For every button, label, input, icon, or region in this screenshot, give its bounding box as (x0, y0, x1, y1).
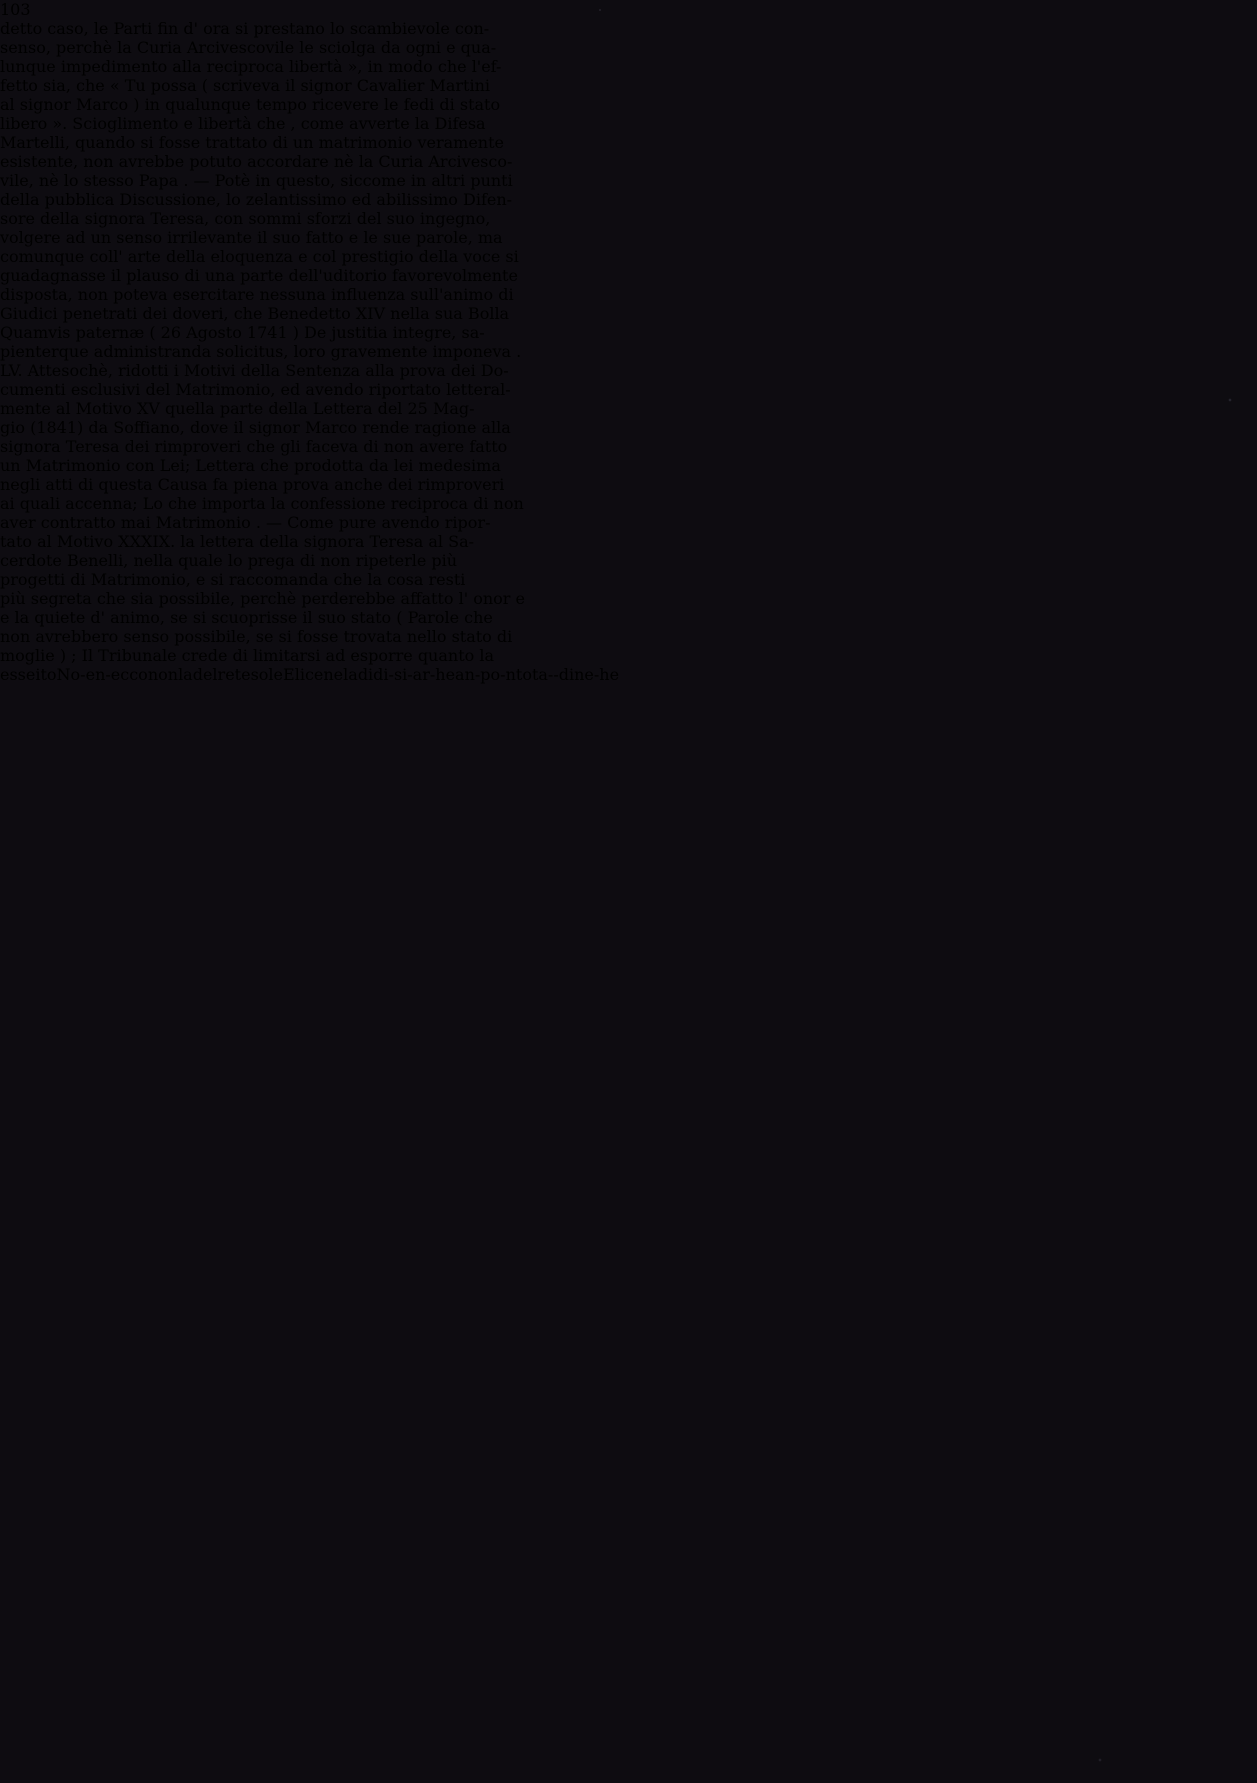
ghost-text-fragment: ne (323, 665, 343, 684)
text-segment: esistente, non avrebbe potuto accordare … (0, 152, 512, 171)
text-segment: al signor Marco ) in qualunque tempo ric… (0, 95, 500, 114)
ghost-text-fragment: ne (574, 665, 594, 684)
ghost-text-fragment: No- (57, 665, 86, 684)
text-segment: più segreta che sia possibile, perchè pe… (0, 589, 473, 608)
ghost-text-fragment: E (283, 665, 295, 684)
ghost-text-fragment: si- (394, 665, 413, 684)
ghost-text-fragment: le (268, 665, 283, 684)
text-segment: gio (1841) da Soffiano, dove il signor M… (0, 418, 511, 437)
ghost-text-fragment: di (559, 665, 574, 684)
text-segment: signora Teresa dei rimproveri che gli fa… (0, 437, 507, 456)
text-segment: aver contratto mai Matrimonio . — Come p… (0, 513, 490, 532)
text-segment: , e si raccomanda che la cosa resti (186, 570, 466, 589)
text-line: LV. Attesochè, ridotti i Motivi della Se… (0, 361, 1257, 380)
text-line: detto caso, le Parti fin d' ora si prest… (0, 19, 1257, 38)
text-segment: negli atti di questa Causa fa piena prov… (0, 475, 504, 494)
text-segment: vile, nè lo stesso Papa . — Potè in ques… (0, 171, 513, 190)
text-line: esistente, non avrebbe potuto accordare … (0, 152, 1257, 171)
ghost-text-fragment: ecco (111, 665, 148, 684)
text-line: vile, nè lo stesso Papa . — Potè in ques… (0, 171, 1257, 190)
text-segment: De justitia integre, sa- (304, 323, 485, 342)
text-segment: non avrebbero senso possibile, se si fos… (0, 627, 512, 646)
text-segment: mente al Motivo XV quella parte della Le… (0, 399, 475, 418)
text-line: un Matrimonio con Lei; Lettera che prodo… (0, 456, 1257, 475)
text-segment: un Matrimonio con Lei; Lettera che prodo… (0, 456, 501, 475)
ghost-text-fragment: nto (506, 665, 532, 684)
text-line: fetto sia, che « Tu possa ( scriveva il … (0, 76, 1257, 95)
ghost-text-fragment: so (251, 665, 269, 684)
text-line: signora Teresa dei rimproveri che gli fa… (0, 437, 1257, 456)
text-line: moglie ) ; Il Tribunale crede di limitar… (0, 646, 1257, 665)
text-segment: non ripeterle più (320, 551, 457, 570)
text-segment: sore della signora Teresa, con sommi sfo… (0, 209, 490, 228)
text-segment: , se si scuoprisse il suo stato ( Parole… (160, 608, 493, 627)
text-line: disposta, non poteva esercitare nessuna … (0, 285, 1257, 304)
text-segment: senso, perchè la Curia Arcivescovile le … (0, 38, 496, 57)
text-line: senso, perchè la Curia Arcivescovile le … (0, 38, 1257, 57)
text-line: non avrebbero senso possibile, se si fos… (0, 627, 1257, 646)
text-line: sore della signora Teresa, con sommi sfo… (0, 209, 1257, 228)
text-line: aver contratto mai Matrimonio . — Come p… (0, 513, 1257, 532)
text-segment: tato al Motivo XXXIX. la lettera della s… (0, 532, 474, 551)
text-line: comunque coll' arte della eloquenza e co… (0, 247, 1257, 266)
text-segment: Giudici penetrati dei doveri, che Benede… (0, 304, 509, 323)
text-segment: guadagnasse il plauso di una parte dell'… (0, 266, 518, 285)
ghost-text-fragment: del (193, 665, 218, 684)
text-segment: dei Do- (451, 361, 509, 380)
text-line: al signor Marco ) in qualunque tempo ric… (0, 95, 1257, 114)
text-line: lunque impedimento alla reciproca libert… (0, 57, 1257, 76)
text-line: cumenti esclusivi del Matrimonio, ed ave… (0, 380, 1257, 399)
ghost-text-fragment: en- (86, 665, 111, 684)
text-line: gio (1841) da Soffiano, dove il signor M… (0, 418, 1257, 437)
text-line: mente al Motivo XV quella parte della Le… (0, 399, 1257, 418)
text-line: volgere ad un senso irrilevante il suo f… (0, 228, 1257, 247)
text-segment: onor e (473, 589, 525, 608)
text-segment: loro gravemente imponeva . (288, 342, 521, 361)
ghost-text-fragment: he (435, 665, 455, 684)
text-line: pienterque administranda solicitus, loro… (0, 342, 1257, 361)
ghost-text-fragment: an- (455, 665, 480, 684)
ghost-text-fragment: he (599, 665, 619, 684)
ghost-text-fragment: lice (295, 665, 324, 684)
ghost-text-fragment: po- (480, 665, 505, 684)
text-segment: volgere ad un senso irrilevante il suo f… (0, 228, 503, 247)
text-line: Giudici penetrati dei doveri, che Benede… (0, 304, 1257, 323)
text-line: più segreta che sia possibile, perchè pe… (0, 589, 1257, 608)
text-line: cerdote Benelli, nella quale lo prega di… (0, 551, 1257, 570)
text-segment: Martelli, quando si fosse trattato di un… (0, 133, 504, 152)
text-segment: comunque coll' arte della eloquenza e co… (0, 247, 519, 266)
text-line: negli atti di questa Causa fa piena prov… (0, 475, 1257, 494)
text-segment: lunque impedimento alla reciproca libert… (0, 57, 501, 76)
text-line: guadagnasse il plauso di una parte dell'… (0, 266, 1257, 285)
ghost-text-fragment: di (358, 665, 373, 684)
text-line: e la quiete d' animo, se si scuoprisse i… (0, 608, 1257, 627)
text-segment: d' animo (90, 608, 160, 627)
text-line: libero ». Scioglimento e libertà che , c… (0, 114, 1257, 133)
ghost-text-fragment: la (343, 665, 358, 684)
ghost-text-fragment: ar- (413, 665, 436, 684)
text-line: Quamvis paternæ ( 26 Agosto 1741 ) De ju… (0, 323, 1257, 342)
ghost-text-fragment: la (178, 665, 193, 684)
text-line: Martelli, quando si fosse trattato di un… (0, 133, 1257, 152)
text-segment: LV. Attesochè, ridotti i Motivi della Se… (0, 361, 451, 380)
ghost-text-fragment: di- (373, 665, 394, 684)
ghost-text-fragment: non (148, 665, 178, 684)
text-segment: Matrimonio (91, 570, 186, 589)
ghost-text-layer: esseitoNo-en-eccononladelretesoleElicene… (0, 665, 1257, 684)
text-segment: della pubblica Discussione, lo zelantiss… (0, 190, 512, 209)
text-segment: libero ». Scioglimento e libertà che , c… (0, 114, 486, 133)
text-segment: esclusivi del Matrimonio, ed avendo ripo… (66, 380, 511, 399)
text-segment: disposta, non poteva esercitare nessuna … (0, 285, 514, 304)
text-line: progetti di Matrimonio, e si raccomanda … (0, 570, 1257, 589)
text-segment: detto caso, le Parti fin d' ora si prest… (0, 19, 489, 38)
text-line: ai quali accenna; Lo che importa la conf… (0, 494, 1257, 513)
adjacent-page-edge (0, 26, 54, 1748)
book-page: 103 detto caso, le Parti fin d' ora si p… (0, 0, 1257, 665)
book-photograph: 103 detto caso, le Parti fin d' ora si p… (0, 0, 1257, 1783)
ghost-text-fragment: ta (532, 665, 548, 684)
page-number: 103 (0, 0, 1257, 19)
text-segment: ai quali accenna; Lo che importa la conf… (0, 494, 524, 513)
text-segment: moglie ) ; Il Tribunale crede di limitar… (0, 646, 494, 665)
text-block: detto caso, le Parti fin d' ora si prest… (0, 19, 1257, 665)
ghost-text-fragment: te (235, 665, 251, 684)
text-segment: fetto sia, che « Tu possa ( scriveva il … (0, 76, 490, 95)
text-segment: ( 26 Agosto 1741 ) (144, 323, 304, 342)
ghost-text-fragment: re (218, 665, 235, 684)
text-line: tato al Motivo XXXIX. la lettera della s… (0, 532, 1257, 551)
text-line: della pubblica Discussione, lo zelantiss… (0, 190, 1257, 209)
